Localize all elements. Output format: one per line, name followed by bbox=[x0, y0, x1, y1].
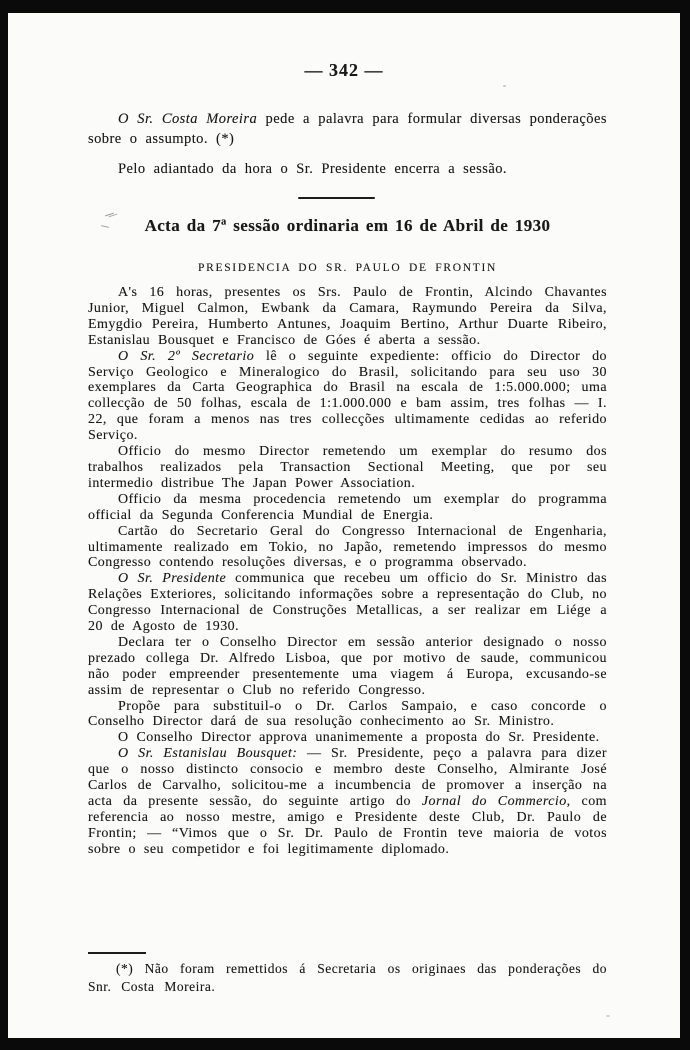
paragraph: O Sr. Presidente communica que recebeu u… bbox=[88, 571, 607, 635]
text-run: Officio da mesma procedencia remetendo u… bbox=[88, 492, 607, 523]
text-run: A's 16 horas, presentes os Srs. Paulo de… bbox=[88, 285, 607, 348]
italic-text-run: O Sr. 2º Secretario bbox=[118, 349, 254, 364]
paragraph: Cartão do Secretario Geral do Congresso … bbox=[88, 524, 607, 572]
paragraph: Officio da mesma procedencia remetendo u… bbox=[88, 492, 607, 524]
text-run: Pelo adiantado da hora o Sr. Presidente … bbox=[118, 161, 507, 177]
scan-speck bbox=[606, 1015, 610, 1017]
text-run: (*) Não foram remettidos á Secretaria os… bbox=[88, 961, 607, 994]
page-number: — 342 — bbox=[8, 60, 680, 81]
paragraph: Propõe para substituil-o o Dr. Carlos Sa… bbox=[88, 699, 607, 731]
paragraph: A's 16 horas, presentes os Srs. Paulo de… bbox=[88, 285, 607, 349]
section-divider-rule bbox=[298, 197, 375, 199]
text-run: Propõe para substituil-o o Dr. Carlos Sa… bbox=[88, 699, 607, 730]
paragraph: O Sr. Estanislau Bousquet: — Sr. Preside… bbox=[88, 746, 607, 857]
intro-section: O Sr. Costa Moreira pede a palavra para … bbox=[88, 109, 607, 179]
italic-text-run: Jornal do Commercio bbox=[422, 794, 567, 809]
paragraph: Declara ter o Conselho Director em sessã… bbox=[88, 635, 607, 699]
italic-text-run: O Sr. Estanislau Bousquet: bbox=[118, 746, 297, 761]
footnote: (*) Não foram remettidos á Secretaria os… bbox=[88, 960, 607, 995]
scanned-page-background: — 342 — O Sr. Costa Moreira pede a palav… bbox=[0, 0, 690, 1050]
paragraph: O Sr. Costa Moreira pede a palavra para … bbox=[88, 109, 607, 149]
text-run: Declara ter o Conselho Director em sessã… bbox=[88, 635, 607, 698]
session-title: Acta da 7ª sessão ordinaria em 16 de Abr… bbox=[88, 216, 607, 236]
paragraph: Pelo adiantado da hora o Sr. Presidente … bbox=[88, 159, 607, 179]
italic-text-run: O Sr. Presidente bbox=[118, 571, 226, 586]
paragraph: (*) Não foram remettidos á Secretaria os… bbox=[88, 960, 607, 995]
text-run: Officio do mesmo Director remetendo um e… bbox=[88, 444, 607, 491]
text-run: O Conselho Director approva unanimemente… bbox=[118, 730, 600, 745]
footnote-separator-rule bbox=[88, 952, 146, 954]
paragraph: O Sr. 2º Secretario lê o seguinte expedi… bbox=[88, 349, 607, 444]
document-page: — 342 — O Sr. Costa Moreira pede a palav… bbox=[8, 13, 680, 1038]
minutes-body: A's 16 horas, presentes os Srs. Paulo de… bbox=[88, 285, 607, 858]
session-subtitle: PRESIDENCIA DO SR. PAULO DE FRONTIN bbox=[88, 262, 607, 274]
paragraph: Officio do mesmo Director remetendo um e… bbox=[88, 444, 607, 492]
italic-text-run: O Sr. Costa Moreira bbox=[118, 111, 257, 127]
scan-speck bbox=[503, 85, 506, 87]
paragraph: O Conselho Director approva unanimemente… bbox=[88, 730, 607, 746]
text-run: Cartão do Secretario Geral do Congresso … bbox=[88, 524, 607, 571]
